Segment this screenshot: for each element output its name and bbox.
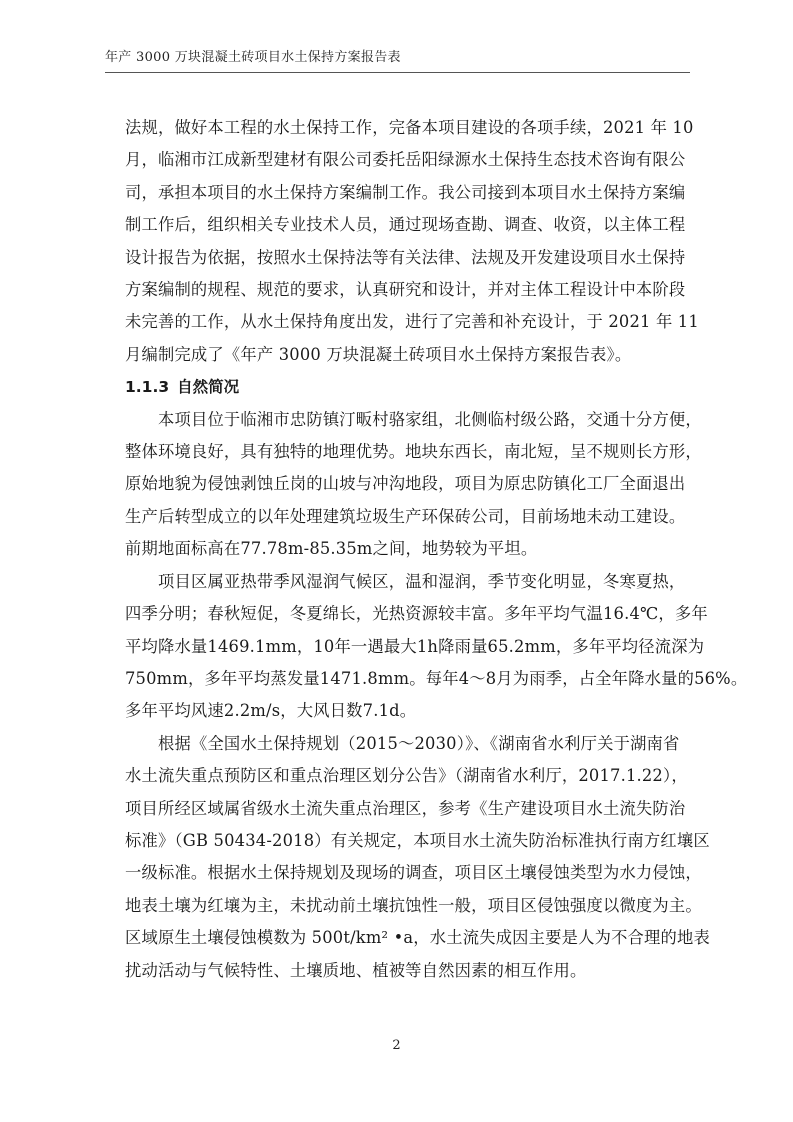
text-line: 司，承担本项目的水土保持方案编制工作。我公司接到本项目水土保持方案编 bbox=[125, 177, 673, 209]
header-title: 年产 3000 万块混凝土砖项目水土保持方案报告表 bbox=[105, 50, 401, 65]
text-line: 本项目位于临湘市忠防镇汀畈村骆家组，北侧临村级公路，交通十分方便， bbox=[125, 404, 673, 436]
section-heading: 1.1.3自然简况 bbox=[125, 371, 673, 403]
text-line: 方案编制的规程、规范的要求，认真研究和设计，并对主体工程设计中本阶段 bbox=[125, 274, 673, 306]
text-line: 设计报告为依据，按照水土保持法等有关法律、法规及开发建设项目水土保持 bbox=[125, 242, 673, 274]
section-number: 1.1.3 bbox=[125, 378, 169, 396]
text-line: 平均降水量1469.1mm，10年一遇最大1h降雨量65.2mm，多年平均径流深… bbox=[125, 631, 673, 663]
text-line: 水土流失重点预防区和重点治理区划分公告》（湖南省水利厅，2017.1.22）， bbox=[125, 760, 673, 792]
page-header: 年产 3000 万块混凝土砖项目水土保持方案报告表 bbox=[105, 46, 690, 73]
text-line: 一级标准。根据水土保持规划及现场的调查，项目区土壤侵蚀类型为水力侵蚀， bbox=[125, 857, 673, 889]
text-line: 制工作后，组织相关专业技术人员，通过现场查勘、调查、收资，以主体工程 bbox=[125, 209, 673, 241]
text-line: 多年平均风速2.2m/s，大风日数7.1d。 bbox=[125, 695, 673, 727]
paragraph-intro: 法规，做好本工程的水土保持工作，完备本项目建设的各项手续，2021 年 10 月… bbox=[125, 112, 673, 371]
text-line: 月编制完成了《年产 3000 万块混凝土砖项目水土保持方案报告表》。 bbox=[125, 339, 673, 371]
paragraph-standards: 根据《全国水土保持规划（2015～2030）》、《湖南省水利厅关于湖南省 水土流… bbox=[125, 728, 673, 987]
text-line: 生产后转型成立的以年处理建筑垃圾生产环保砖公司，目前场地未动工建设。 bbox=[125, 501, 673, 533]
text-line: 750mm，多年平均蒸发量1471.8mm。每年4～8月为雨季，占全年降水量的5… bbox=[125, 663, 673, 695]
text-line: 区域原生土壤侵蚀模数为 500t/km² •a，水土流失成因主要是人为不合理的地… bbox=[125, 922, 673, 954]
text-line: 项目区属亚热带季风湿润气候区，温和湿润，季节变化明显，冬寒夏热， bbox=[125, 566, 673, 598]
text-line: 整体环境良好，具有独特的地理优势。地块东西长，南北短，呈不规则长方形， bbox=[125, 436, 673, 468]
paragraph-climate: 项目区属亚热带季风湿润气候区，温和湿润，季节变化明显，冬寒夏热， 四季分明；春秋… bbox=[125, 566, 673, 728]
text-line: 地表土壤为红壤为主，未扰动前土壤抗蚀性一般，项目区侵蚀强度以微度为主。 bbox=[125, 890, 673, 922]
text-line: 前期地面标高在77.78m-85.35m之间，地势较为平坦。 bbox=[125, 533, 673, 565]
text-line: 月，临湘市江成新型建材有限公司委托岳阳绿源水土保持生态技术咨询有限公 bbox=[125, 144, 673, 176]
text-line: 法规，做好本工程的水土保持工作，完备本项目建设的各项手续，2021 年 10 bbox=[125, 112, 673, 144]
text-line: 项目所经区域属省级水土流失重点治理区，参考《生产建设项目水土流失防治 bbox=[125, 793, 673, 825]
text-line: 扰动活动与气候特性、土壤质地、植被等自然因素的相互作用。 bbox=[125, 955, 673, 987]
page-number: 2 bbox=[0, 1038, 793, 1053]
text-line: 原始地貌为侵蚀剥蚀丘岗的山坡与冲沟地段，项目为原忠防镇化工厂全面退出 bbox=[125, 468, 673, 500]
document-body: 法规，做好本工程的水土保持工作，完备本项目建设的各项手续，2021 年 10 月… bbox=[125, 112, 673, 987]
text-line: 根据《全国水土保持规划（2015～2030）》、《湖南省水利厅关于湖南省 bbox=[125, 728, 673, 760]
text-line: 四季分明；春秋短促，冬夏绵长，光热资源较丰富。多年平均气温16.4℃，多年 bbox=[125, 598, 673, 630]
text-line: 标准》（GB 50434-2018）有关规定，本项目水土流失防治标准执行南方红壤… bbox=[125, 825, 673, 857]
text-line: 未完善的工作，从水土保持角度出发，进行了完善和补充设计，于 2021 年 11 bbox=[125, 306, 673, 338]
paragraph-location: 本项目位于临湘市忠防镇汀畈村骆家组，北侧临村级公路，交通十分方便， 整体环境良好… bbox=[125, 404, 673, 566]
section-title: 自然简况 bbox=[177, 378, 239, 396]
